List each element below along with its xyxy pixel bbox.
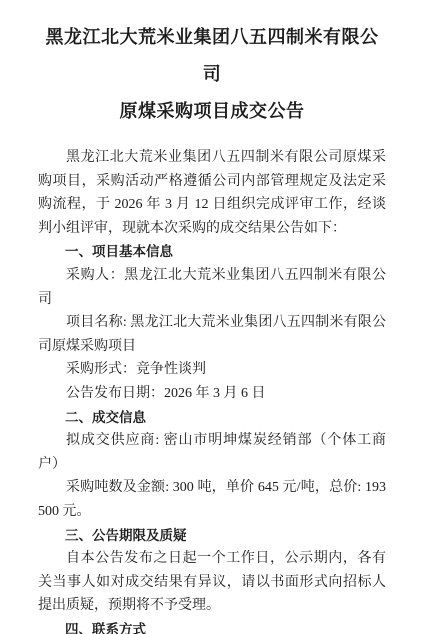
field-quantity-and-amount: 采购吨数及金额: 300 吨，单价 645 元/吨，总价: 193500 元。 <box>38 476 386 523</box>
section-heading-award-info: 二、成交信息 <box>38 406 386 430</box>
objection-paragraph: 自本公告发布之日起一个工作日，公示期内，各有关当事人如对成交结果有异议，请以书面… <box>38 547 386 618</box>
intro-paragraph: 黑龙江北大荒米业集团八五四制米有限公司原煤采购项目，采购活动严格遵循公司内部管理… <box>38 146 386 240</box>
title-line-company: 黑龙江北大荒米业集团八五四制米有限公司 <box>38 19 386 93</box>
announcement-document: 黑龙江北大荒米业集团八五四制米有限公司 原煤采购项目成交公告 黑龙江北大荒米业集… <box>0 0 424 634</box>
document-title: 黑龙江北大荒米业集团八五四制米有限公司 原煤采购项目成交公告 <box>38 19 386 130</box>
section-heading-project-info: 一、项目基本信息 <box>38 240 386 264</box>
field-purchaser: 采购人：黑龙江北大荒米业集团八五四制米有限公司 <box>38 264 386 311</box>
document-body: 黑龙江北大荒米业集团八五四制米有限公司原煤采购项目，采购活动严格遵循公司内部管理… <box>38 146 386 634</box>
field-announcement-date: 公告发布日期：2026 年 3 月 6 日 <box>38 382 386 406</box>
field-winning-supplier: 拟成交供应商: 密山市明坤煤炭经销部（个体工商户） <box>38 429 386 476</box>
section-heading-contact: 四、联系方式 <box>38 618 386 634</box>
field-procurement-form: 采购形式：竞争性谈判 <box>38 358 386 382</box>
section-heading-objection-period: 三、公告期限及质疑 <box>38 524 386 548</box>
field-project-name: 项目名称: 黑龙江北大荒米业集团八五四制米有限公司原煤采购项目 <box>38 311 386 358</box>
title-line-project: 原煤采购项目成交公告 <box>38 93 386 130</box>
